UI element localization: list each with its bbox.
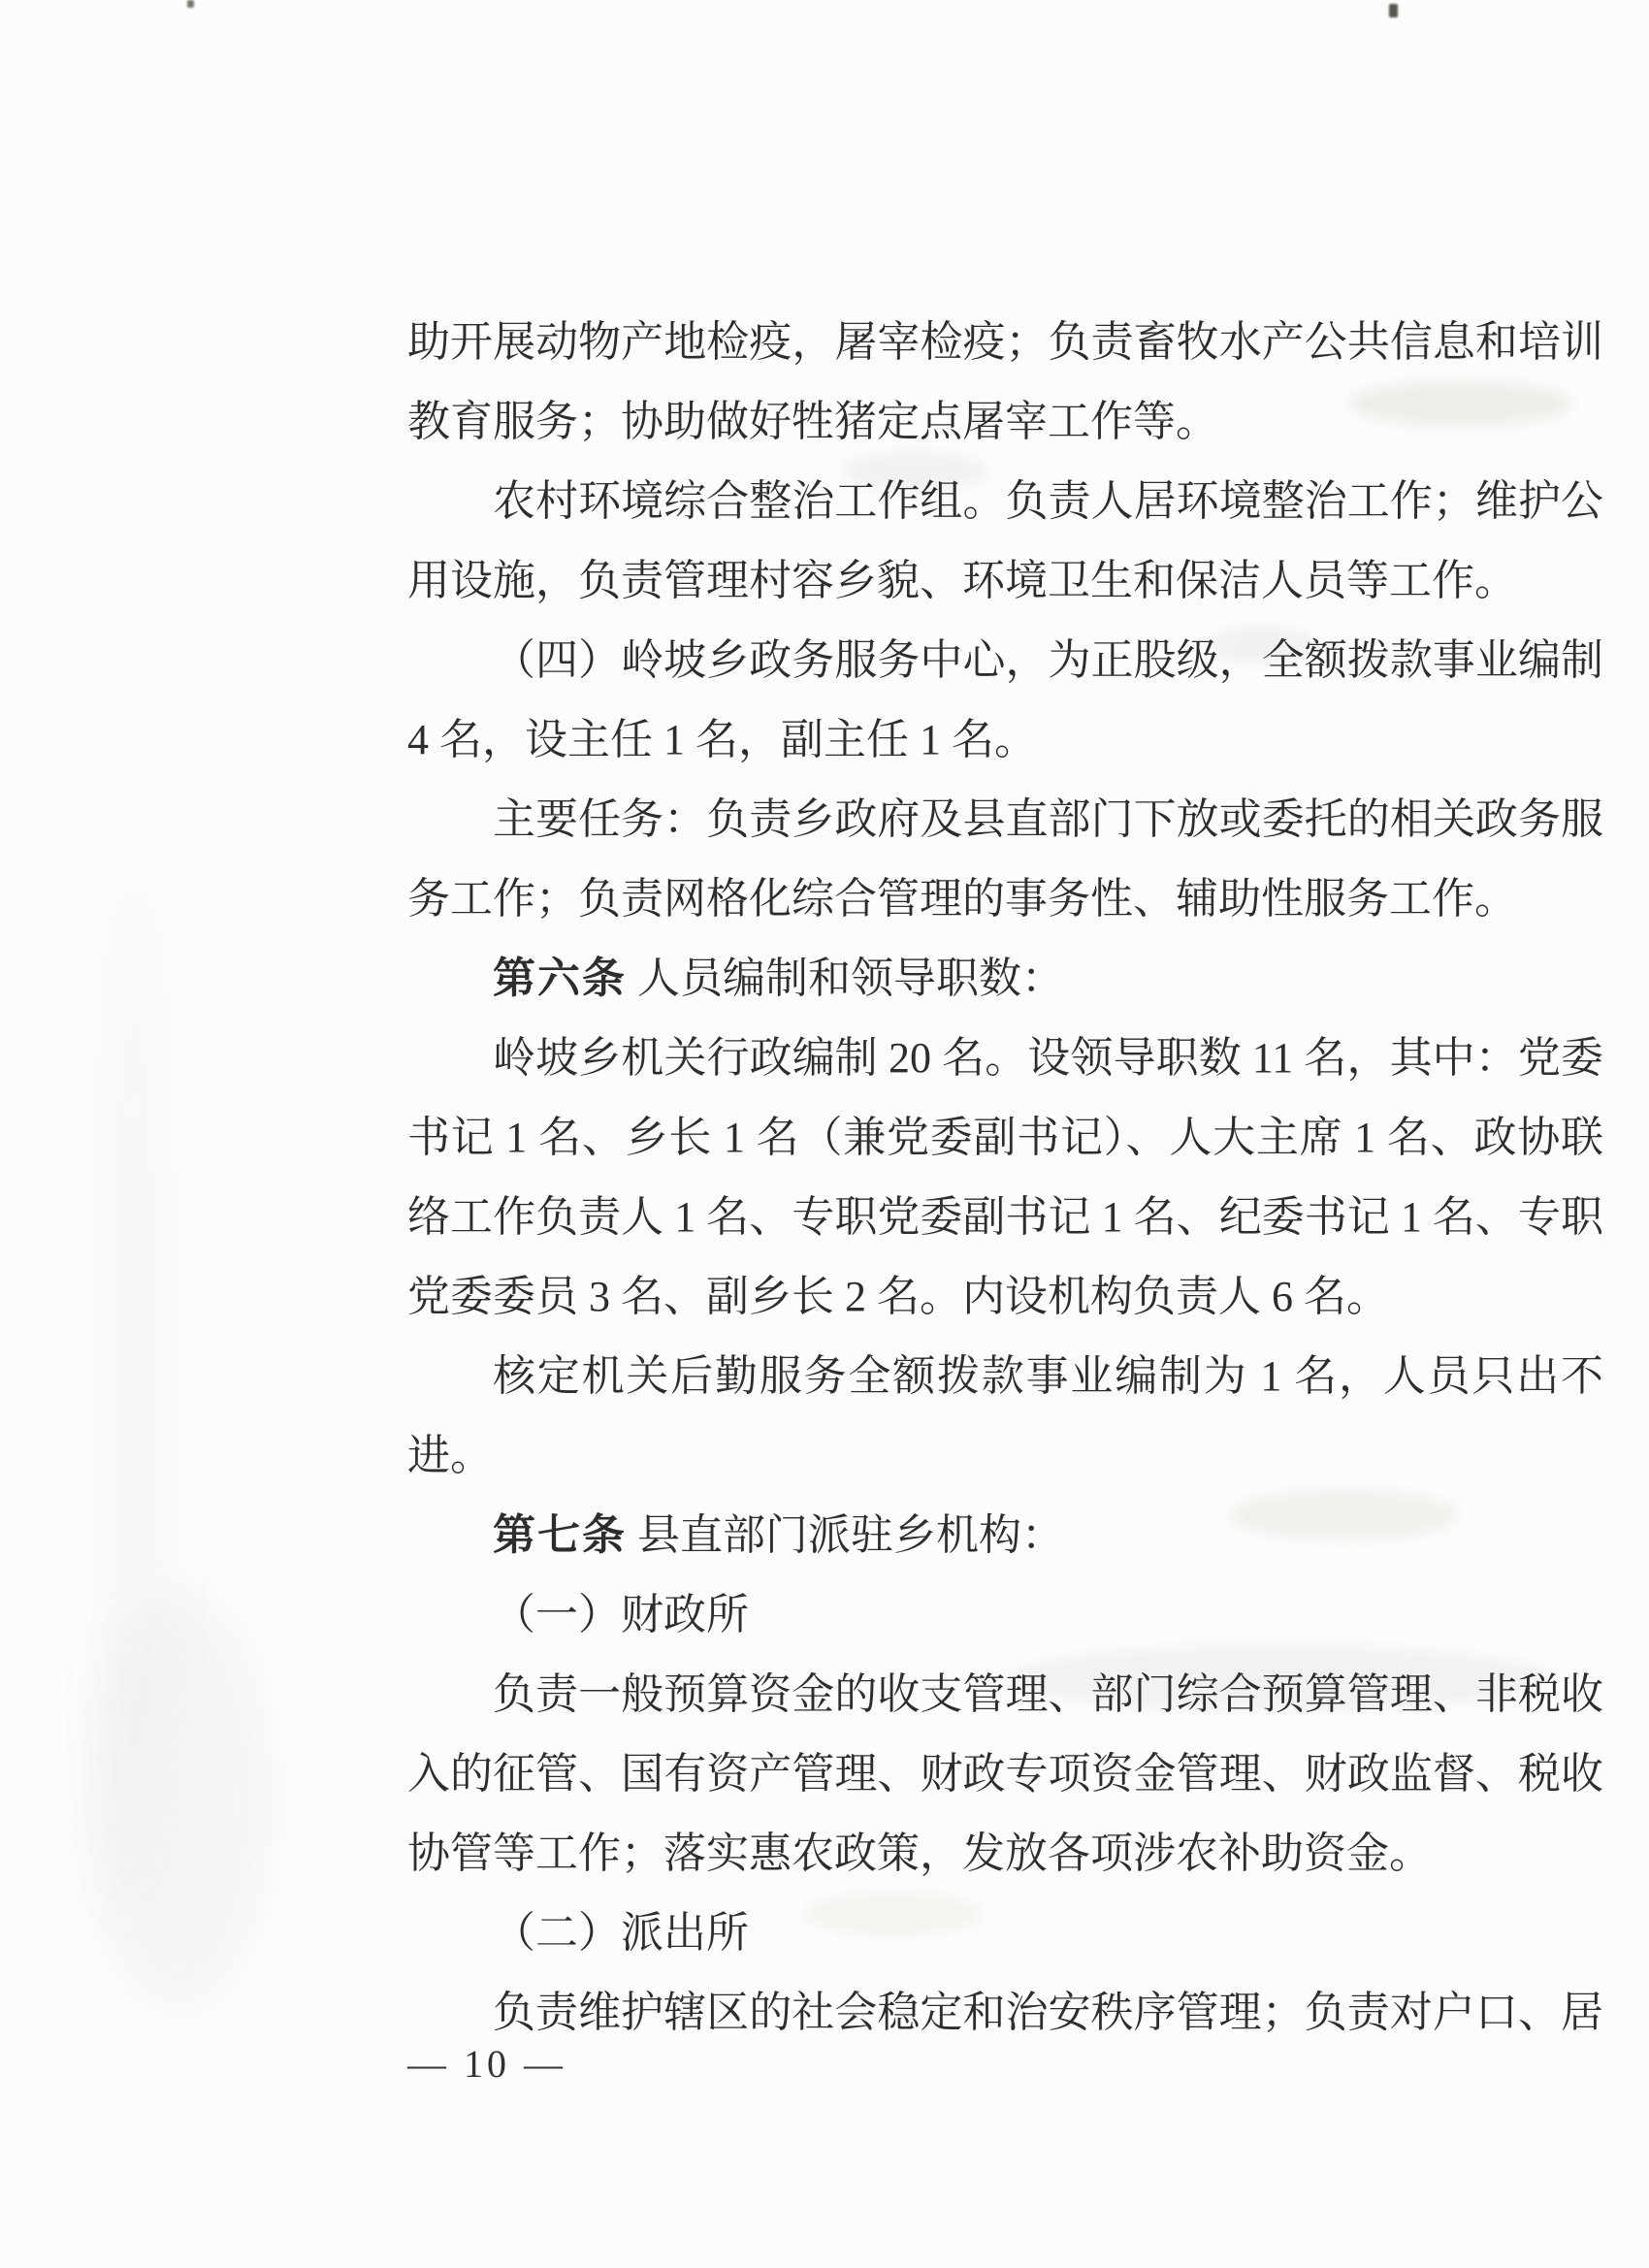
article-number: 第七条 <box>493 1511 627 1559</box>
article-heading-line: 第七条 县直部门派驻乡机构： <box>407 1496 1603 1575</box>
text-line: 入的征管、国有资产管理、财政专项资金管理、财政监督、税收 <box>407 1734 1603 1814</box>
text-line: （二）派出所 <box>407 1894 1603 1973</box>
document-page: 助开展动物产地检疫，屠宰检疫；负责畜牧水产公共信息和培训教育服务；协助做好牲猪定… <box>0 0 1649 2268</box>
article-title: 人员编制和领导职数： <box>627 955 1064 1002</box>
text-line: 协管等工作；落实惠农政策，发放各项涉农补助资金。 <box>407 1814 1603 1894</box>
text-line: 党委委员 3 名、副乡长 2 名。内设机构负责人 6 名。 <box>407 1257 1603 1337</box>
article-title: 县直部门派驻乡机构： <box>627 1511 1064 1559</box>
document-body: 助开展动物产地检疫，屠宰检疫；负责畜牧水产公共信息和培训教育服务；协助做好牲猪定… <box>407 303 1603 2053</box>
text-line: 负责一般预算资金的收支管理、部门综合预算管理、非税收 <box>407 1655 1603 1734</box>
text-line: 岭坡乡机关行政编制 20 名。设领导职数 11 名，其中：党委 <box>407 1019 1603 1098</box>
text-line: 用设施，负责管理村容乡貌、环境卫生和保洁人员等工作。 <box>407 541 1603 621</box>
text-line: 核定机关后勤服务全额拨款事业编制为 1 名，人员只出不 <box>407 1337 1603 1416</box>
text-line: 进。 <box>407 1416 1603 1496</box>
text-line: （一）财政所 <box>407 1575 1603 1655</box>
text-line: 络工作负责人 1 名、专职党委副书记 1 名、纪委书记 1 名、专职 <box>407 1178 1603 1257</box>
scan-crease <box>87 1591 272 2008</box>
text-line: 助开展动物产地检疫，屠宰检疫；负责畜牧水产公共信息和培训 <box>407 303 1603 382</box>
text-line: 务工作；负责网格化综合管理的事务性、辅助性服务工作。 <box>407 859 1603 939</box>
text-line: 主要任务：负责乡政府及县直部门下放或委托的相关政务服 <box>407 780 1603 859</box>
text-line: （四）岭坡乡政务服务中心，为正股级，全额拨款事业编制 <box>407 621 1603 700</box>
scan-speck <box>1389 4 1398 17</box>
article-heading-line: 第六条 人员编制和领导职数： <box>407 939 1603 1019</box>
text-line: 4 名，设主任 1 名，副主任 1 名。 <box>407 700 1603 780</box>
article-number: 第六条 <box>493 955 627 1002</box>
text-line: 教育服务；协助做好牲猪定点屠宰工作等。 <box>407 382 1603 462</box>
text-line: 负责维护辖区的社会稳定和治安秩序管理；负责对户口、居 <box>407 1973 1603 2053</box>
text-line: 农村环境综合整治工作组。负责人居环境整治工作；维护公 <box>407 462 1603 541</box>
page-number: — 10 — <box>407 2035 566 2093</box>
scan-speck <box>187 0 194 8</box>
scan-crease <box>105 854 163 1921</box>
text-line: 书记 1 名、乡长 1 名（兼党委副书记）、人大主席 1 名、政协联 <box>407 1098 1603 1178</box>
